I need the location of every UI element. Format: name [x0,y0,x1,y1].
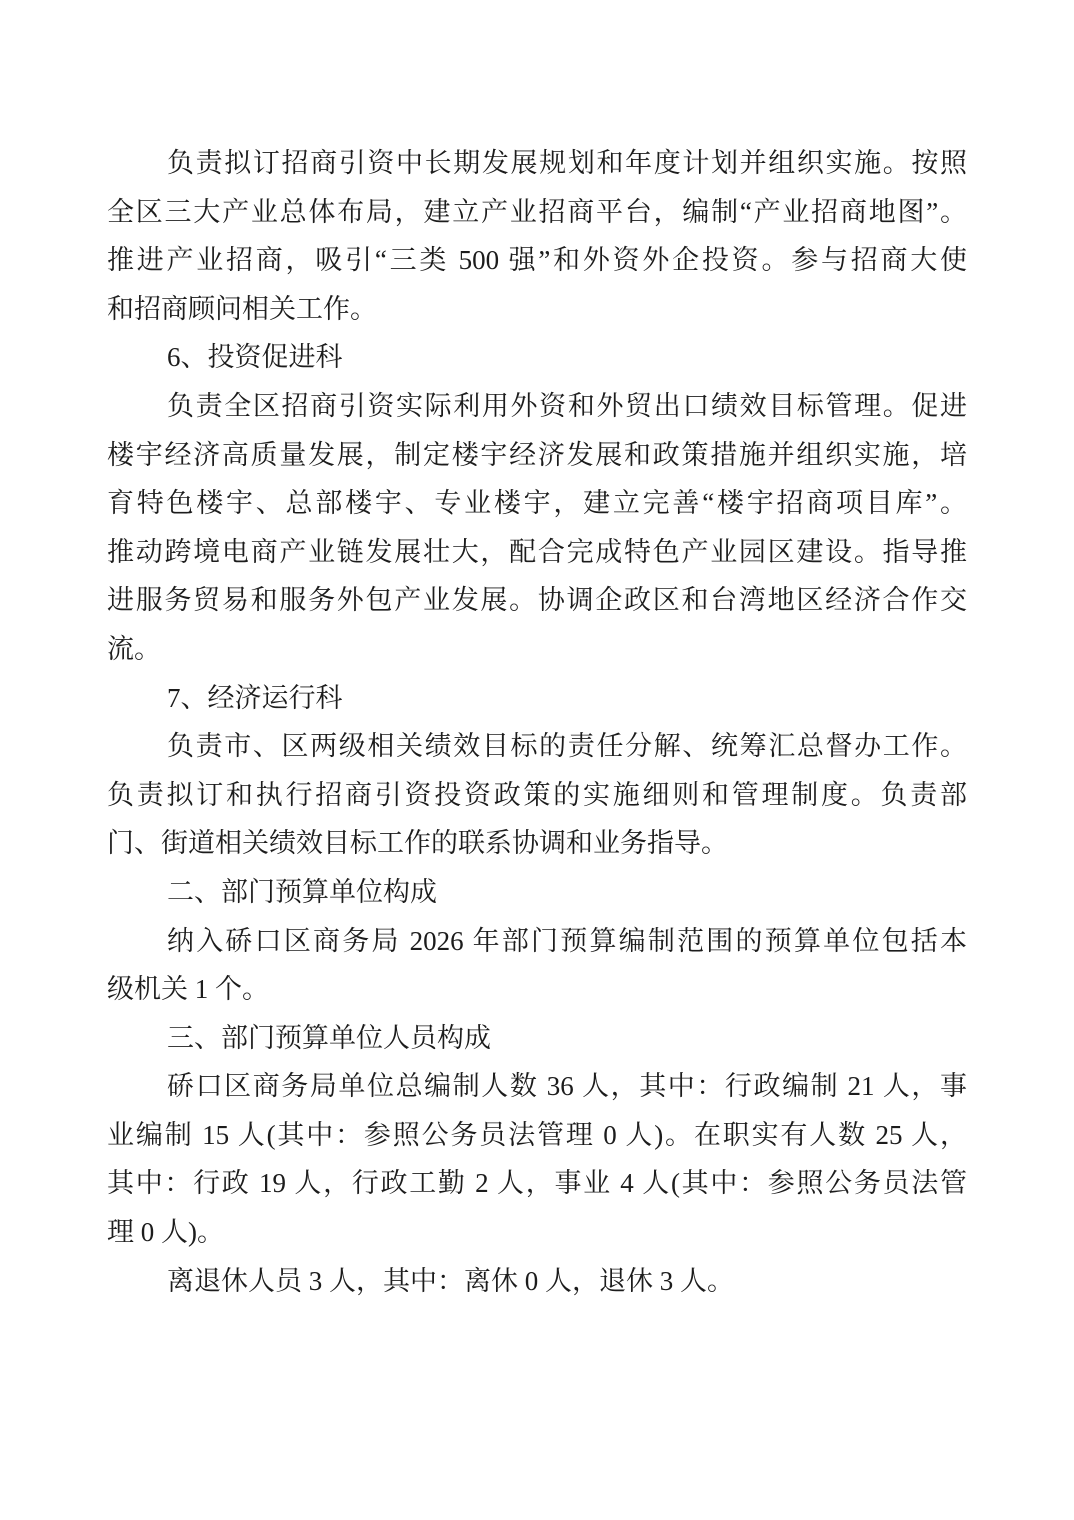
body-text-line: 负责拟订和执行招商引资投资政策的实施细则和管理制度。负责部 [107,771,967,820]
heading-section-6-investment-promotion: 6、投资促进科 [107,333,967,382]
body-text-line: 负责拟订招商引资中长期发展规划和年度计划并组织实施。按照 [107,139,967,188]
body-text-line: 育特色楼宇、总部楼宇、专业楼宇，建立完善“楼宇招商项目库”。 [107,479,967,528]
body-text-line: 硚口区商务局单位总编制人数 36 人，其中：行政编制 21 人，事 [107,1062,967,1111]
heading-section-3-personnel-composition: 三、部门预算单位人员构成 [107,1014,967,1063]
body-text-line: 级机关 1 个。 [107,965,967,1014]
body-text-line: 全区三大产业总体布局，建立产业招商平台，编制“产业招商地图”。 [107,188,967,237]
document-text: 负责拟订招商引资中长期发展规划和年度计划并组织实施。按照 全区三大产业总体布局，… [107,139,967,1305]
document-page: 负责拟订招商引资中长期发展规划和年度计划并组织实施。按照 全区三大产业总体布局，… [0,0,1074,1520]
body-text-line: 流。 [107,625,967,674]
body-text-line: 其中：行政 19 人，行政工勤 2 人，事业 4 人(其中：参照公务员法管 [107,1159,967,1208]
heading-section-7-economic-operation: 7、经济运行科 [107,674,967,723]
body-text-line: 门、街道相关绩效目标工作的联系协调和业务指导。 [107,819,967,868]
body-text-line: 推进产业招商，吸引“三类 500 强”和外资外企投资。参与招商大使 [107,236,967,285]
body-text-line: 和招商顾问相关工作。 [107,285,967,334]
body-text-line: 进服务贸易和服务外包产业发展。协调企政区和台湾地区经济合作交 [107,576,967,625]
body-text-line: 推动跨境电商产业链发展壮大，配合完成特色产业园区建设。指导推 [107,528,967,577]
body-text-line: 楼宇经济高质量发展，制定楼宇经济发展和政策措施并组织实施，培 [107,431,967,480]
body-text-line: 纳入硚口区商务局 2026 年部门预算编制范围的预算单位包括本 [107,917,967,966]
body-text-line: 离退休人员 3 人，其中：离休 0 人，退休 3 人。 [107,1257,967,1306]
heading-section-2-budget-unit-composition: 二、部门预算单位构成 [107,868,967,917]
body-text-line: 理 0 人)。 [107,1208,967,1257]
body-text-line: 负责市、区两级相关绩效目标的责任分解、统筹汇总督办工作。 [107,722,967,771]
body-text-line: 业编制 15 人(其中：参照公务员法管理 0 人)。在职实有人数 25 人， [107,1111,967,1160]
body-text-line: 负责全区招商引资实际利用外资和外贸出口绩效目标管理。促进 [107,382,967,431]
